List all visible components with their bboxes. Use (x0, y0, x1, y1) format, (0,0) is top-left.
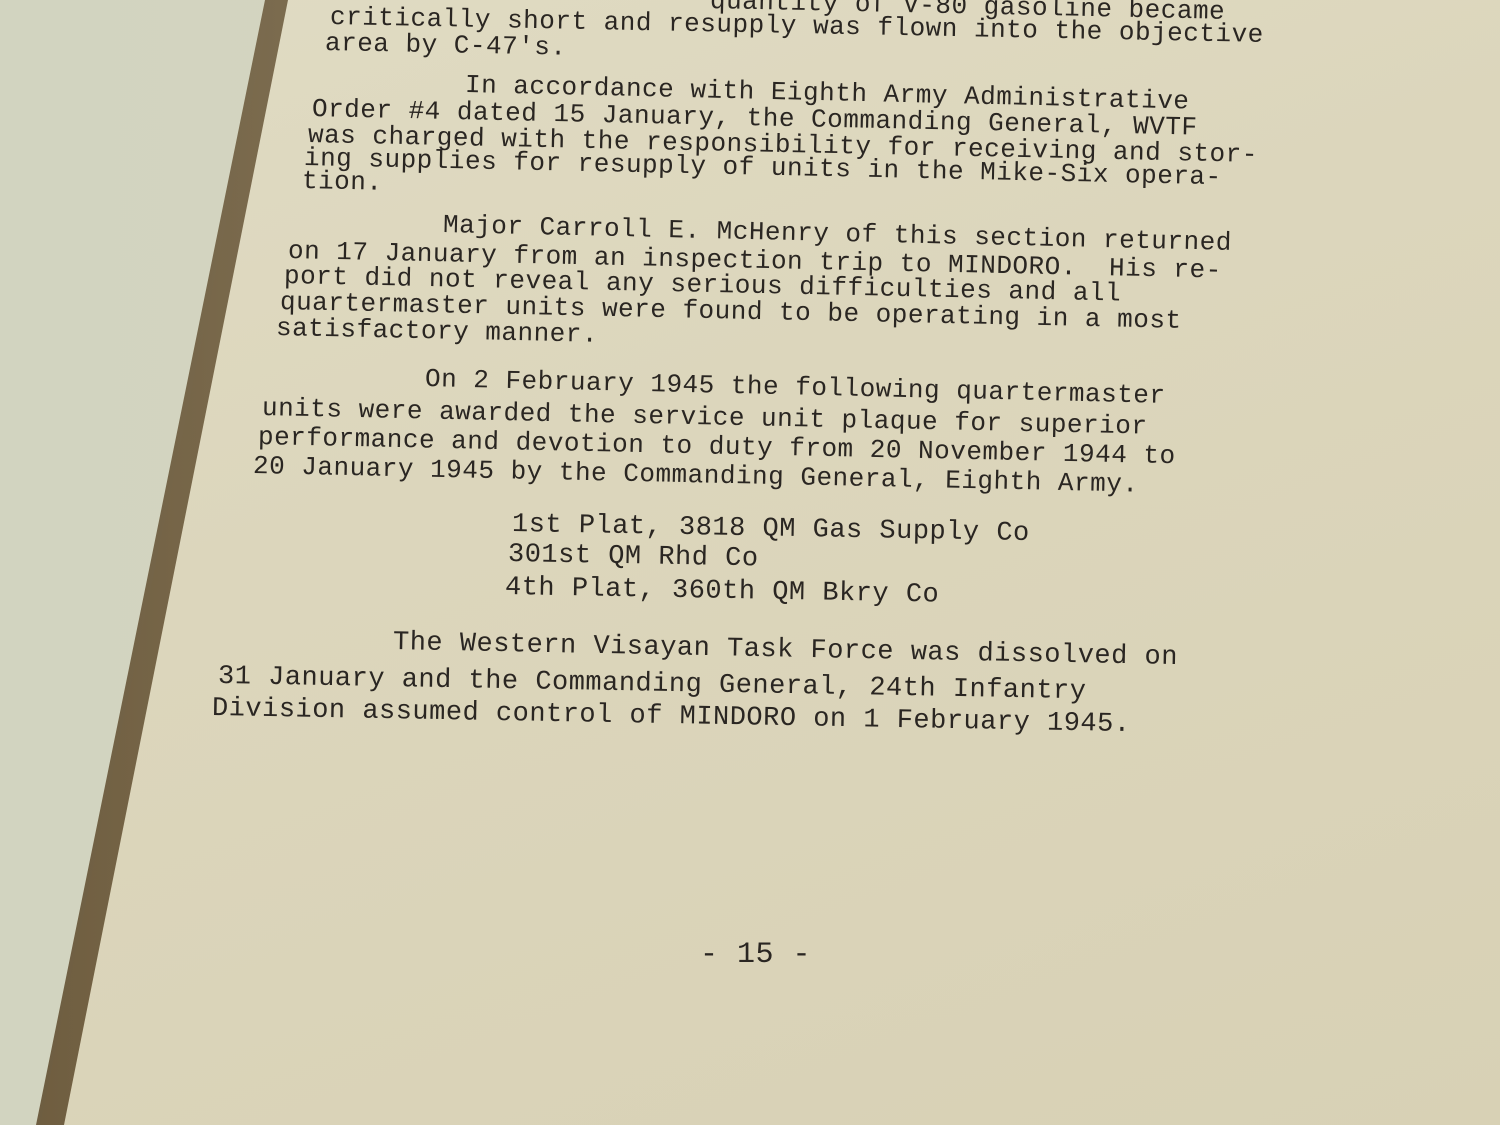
text-line: tion. (302, 166, 383, 198)
typewritten-text: quantity of V-80 gasoline became critica… (0, 0, 1500, 1125)
text-line: area by C-47's. (325, 28, 567, 63)
unit-list-item: 4th Plat, 360th QM Bkry Co (505, 573, 940, 611)
book-photo: quantity of V-80 gasoline became critica… (0, 0, 1500, 1125)
page-number: - 15 - (700, 938, 811, 972)
unit-list-item: 301st QM Rhd Co (508, 540, 759, 574)
text-line: satisfactory manner. (276, 313, 599, 350)
